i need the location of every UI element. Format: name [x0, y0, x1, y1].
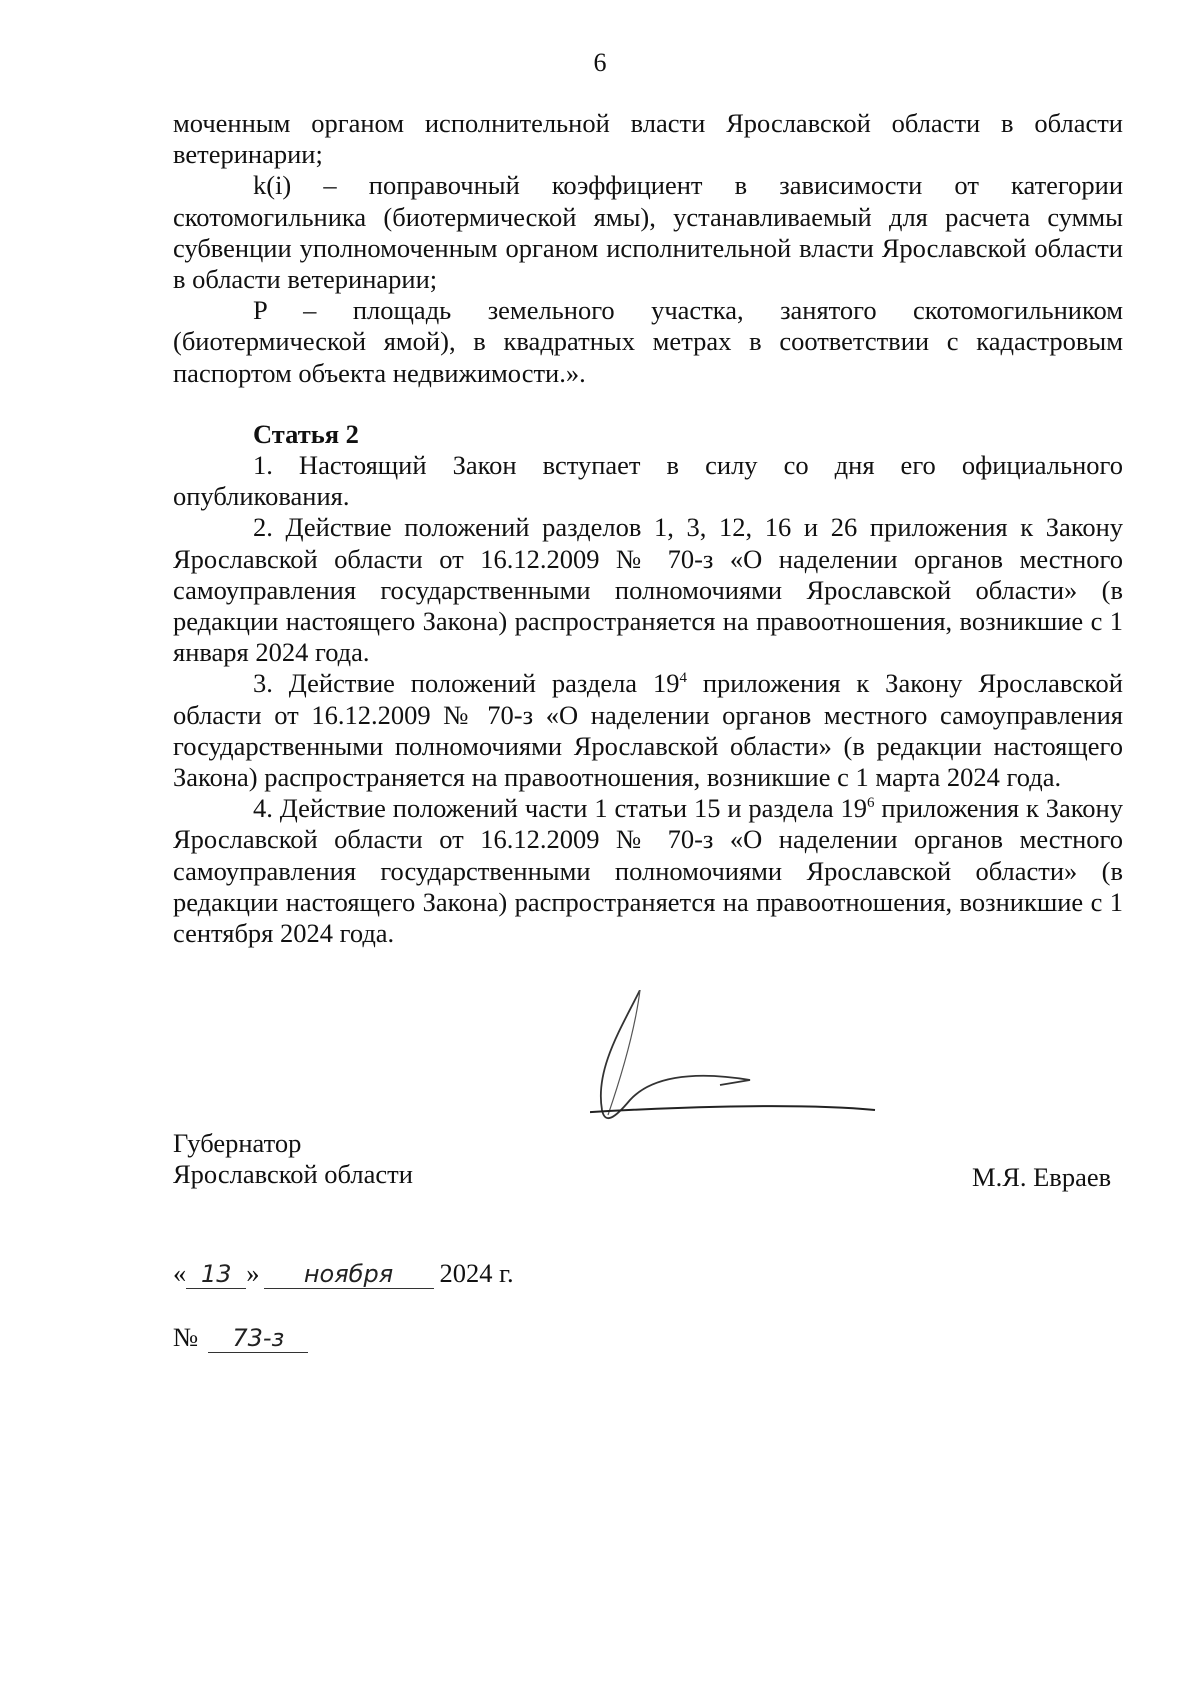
item-4-text-a: 4. Действие положений части 1 статьи 15 …	[253, 793, 867, 823]
number-label: №	[173, 1322, 198, 1353]
paragraph-continuation: моченным органом исполнительной власти Я…	[173, 108, 1123, 170]
article-item-4: 4. Действие положений части 1 статьи 15 …	[173, 793, 1123, 949]
article-item-2: 2. Действие положений разделов 1, 3, 12,…	[173, 512, 1123, 668]
date-open-quote: «	[173, 1258, 186, 1289]
signer-name: М.Я. Евраев	[972, 1162, 1111, 1193]
item-3-text-a: 3. Действие положений раздела 19	[253, 668, 679, 698]
date-day: 13	[186, 1260, 246, 1289]
document-number: 73-з	[208, 1324, 308, 1353]
date-year: 2024 г.	[440, 1258, 514, 1289]
document-number-line: № 73-з	[173, 1322, 308, 1353]
item-3-superscript: 4	[679, 671, 687, 687]
item-4-superscript: 6	[867, 795, 875, 811]
handwritten-signature-icon	[590, 990, 890, 1130]
date-month: ноября	[264, 1260, 434, 1289]
signer-title-line1: Губернатор	[173, 1128, 1123, 1159]
article-item-3: 3. Действие положений раздела 194 прилож…	[173, 668, 1123, 793]
paragraph-ki-definition: k(i) – поправочный коэффициент в зависим…	[173, 170, 1123, 295]
article-item-1: 1. Настоящий Закон вступает в силу со дн…	[173, 450, 1123, 512]
date-close-quote: »	[246, 1258, 259, 1289]
article-heading: Статья 2	[253, 419, 1123, 450]
page-number: 6	[0, 48, 1200, 78]
paragraph-p-definition: P – площадь земельного участка, занятого…	[173, 295, 1123, 389]
date-line: « 13 » ноября 2024 г.	[173, 1258, 514, 1289]
document-body: моченным органом исполнительной власти Я…	[173, 108, 1123, 949]
